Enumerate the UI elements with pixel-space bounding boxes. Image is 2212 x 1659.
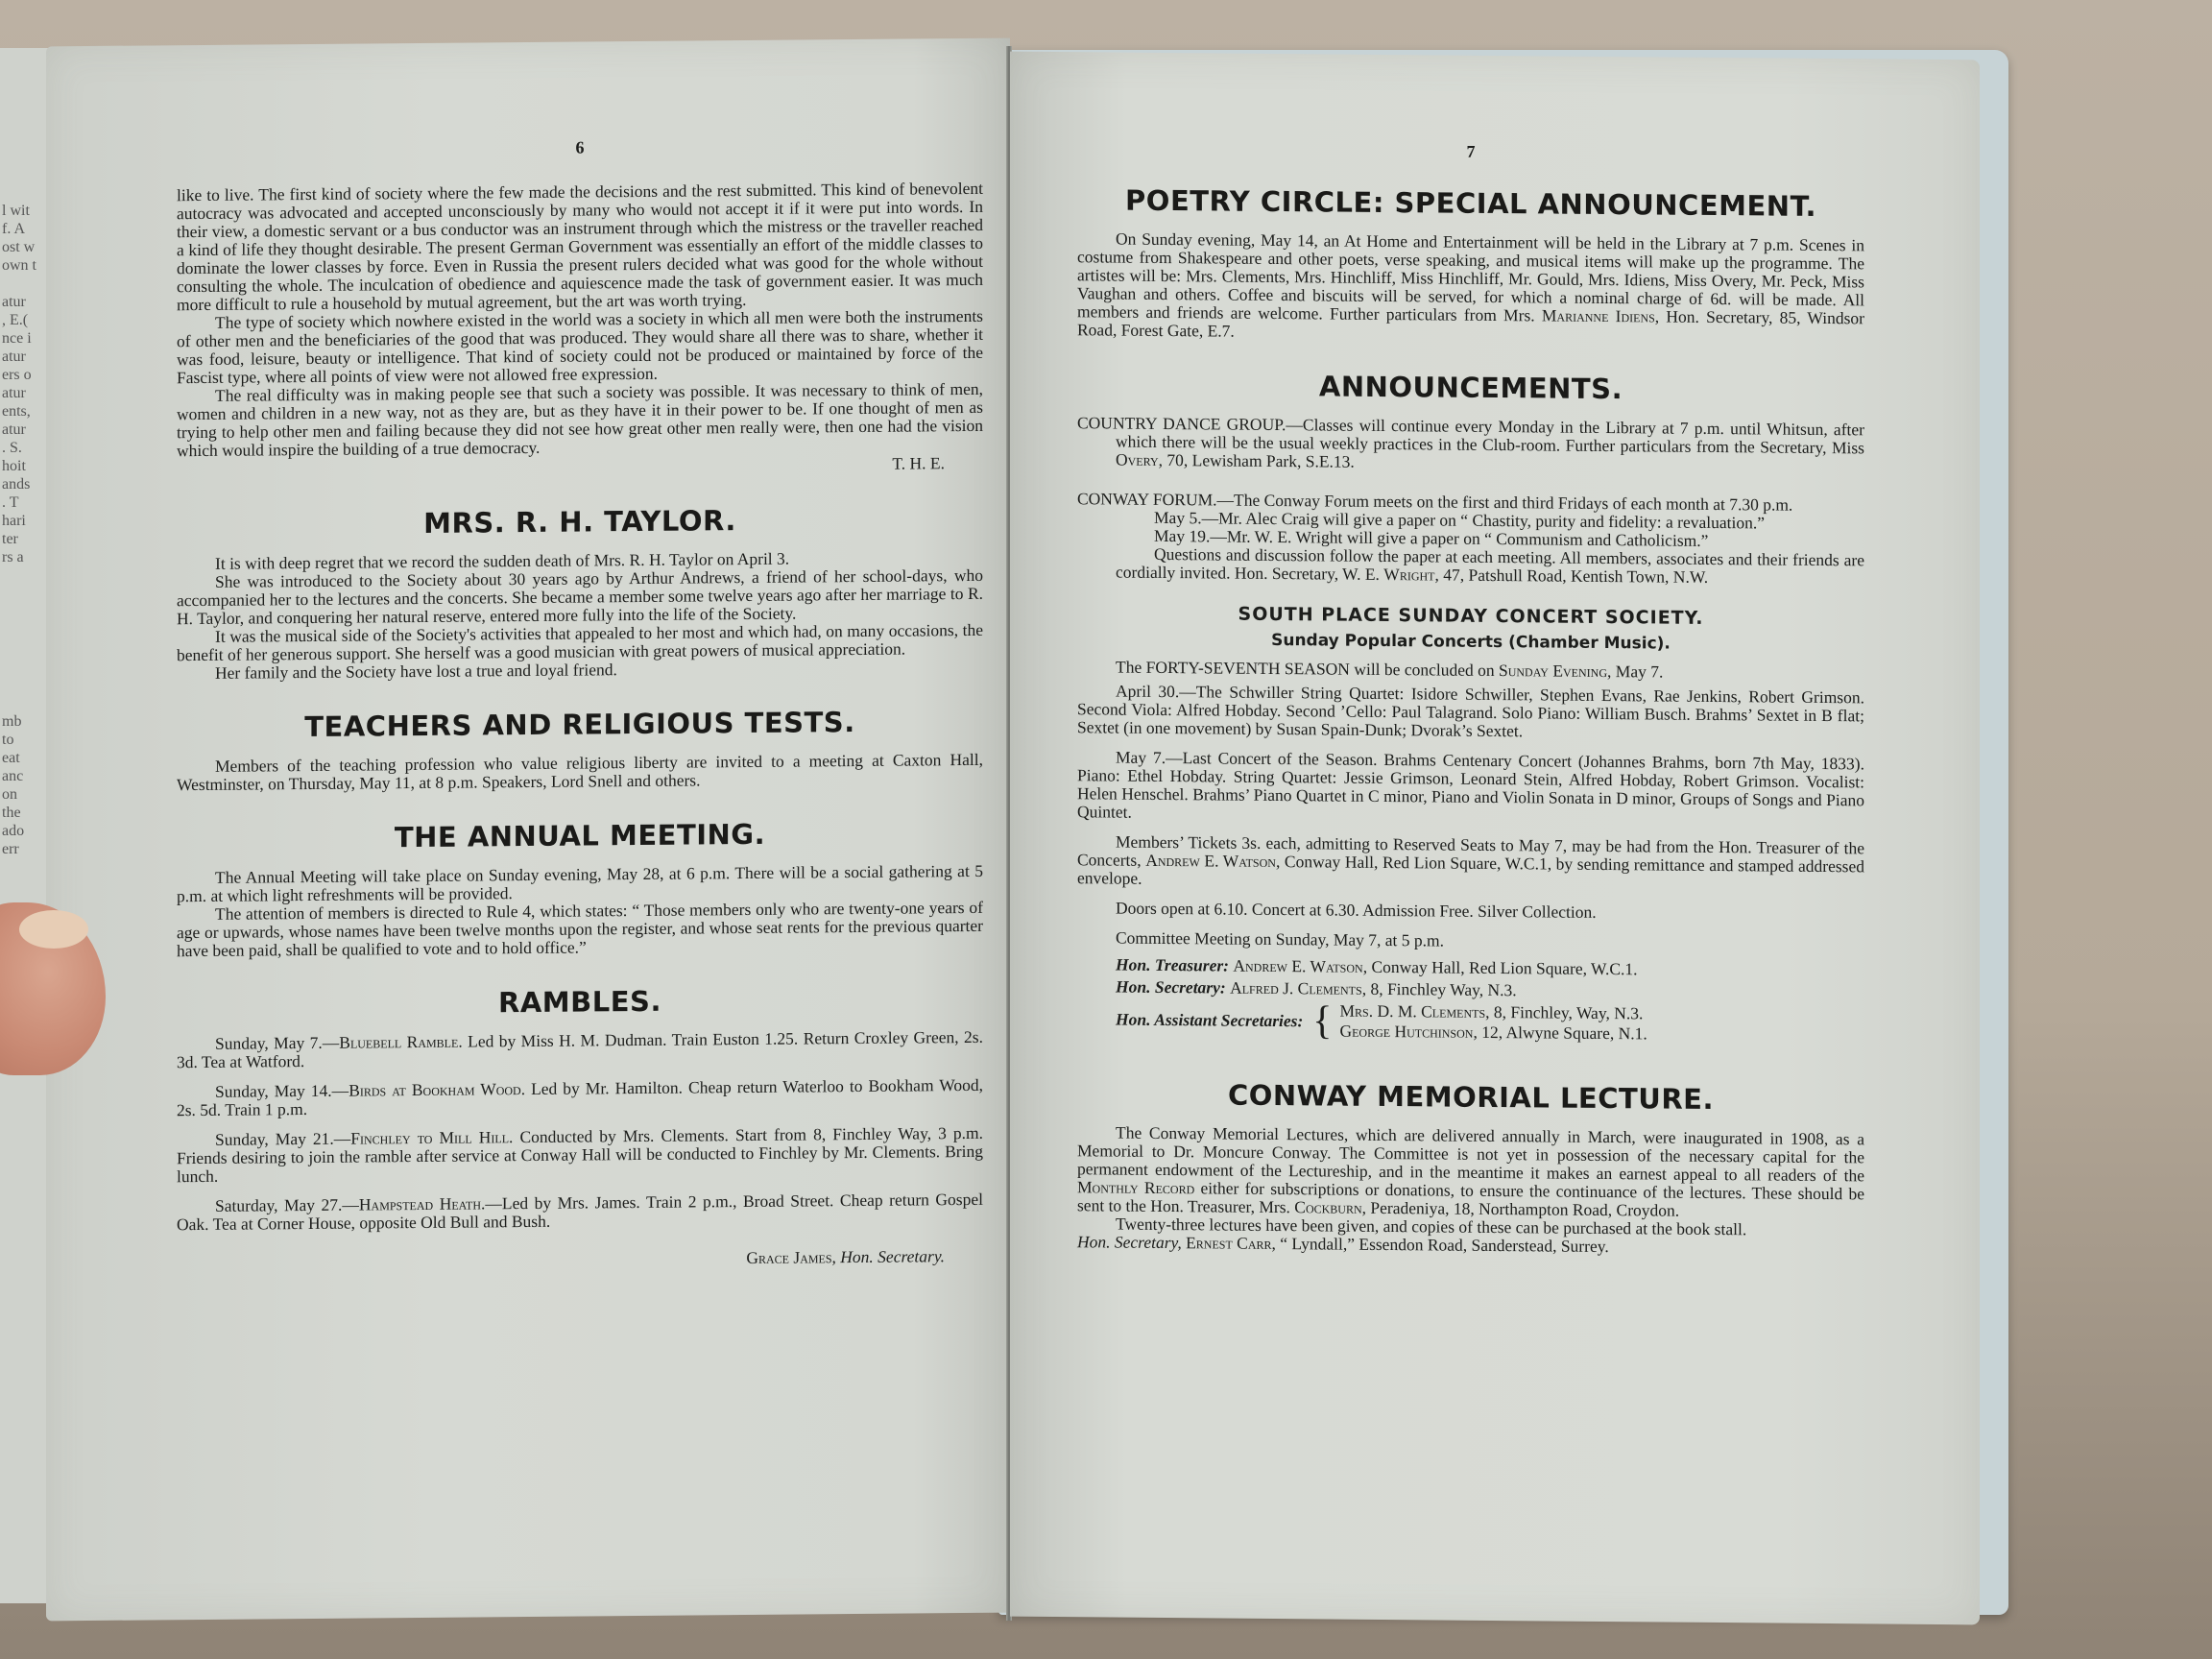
ramble-item: Sunday, May 21.—Finchley to Mill Hill. C… [177, 1124, 983, 1186]
section-poetry-circle: POETRY CIRCLE: SPECIAL ANNOUNCEMENT. On … [1077, 183, 1864, 346]
assistant-entry: George Hutchinson, 12, Alwyne Square, N.… [1339, 1022, 1647, 1045]
rambles-signature: Grace James, Hon. Secretary. [177, 1246, 983, 1273]
page-6: 6 like to live. The first kind of societ… [46, 38, 1010, 1622]
ramble-title: Birds at Bookham Wood. [349, 1079, 525, 1100]
concert-april-30: April 30.—The Schwiller String Quartet: … [1077, 682, 1864, 743]
brace-glyph: { [1312, 1001, 1332, 1040]
tickets-notice: Members’ Tickets 3s. each, admitting to … [1077, 832, 1864, 894]
ramble-date: Sunday, May 14.— [215, 1081, 349, 1101]
section-heading: ANNOUNCEMENTS. [1077, 368, 1864, 407]
section-conway-lecture: CONWAY MEMORIAL LECTURE. The Conway Memo… [1077, 1077, 1864, 1258]
paragraph: On Sunday evening, May 14, an At Home an… [1077, 229, 1864, 346]
forum-closing: Questions and discussion follow the pape… [1077, 544, 1864, 588]
ramble-item: Saturday, May 27.—Hampstead Heath.—Led b… [177, 1190, 983, 1234]
section-annual-meeting: THE ANNUAL MEETING. The Annual Meeting w… [177, 816, 983, 960]
section-heading: THE ANNUAL MEETING. [177, 816, 983, 855]
page-number: 6 [177, 134, 983, 161]
paragraph: The Conway Memorial Lectures, which are … [1077, 1123, 1864, 1221]
ramble-date: Sunday, May 21.— [215, 1129, 350, 1149]
assistant-list: Mrs. D. M. Clements, 8, Finchley, Way, N… [1339, 1001, 1647, 1045]
paragraph: The attention of members is directed to … [177, 899, 983, 960]
ramble-date: Sunday, May 7.— [215, 1033, 339, 1053]
assistant-entry: Mrs. D. M. Clements, 8, Finchley, Way, N… [1339, 1001, 1647, 1024]
section-heading: TEACHERS AND RELIGIOUS TESTS. [177, 705, 983, 744]
ramble-item: Sunday, May 14.—Birds at Bookham Wood. L… [177, 1076, 983, 1119]
paragraph: It was the musical side of the Society's… [177, 621, 983, 664]
committee-notice: Committee Meeting on Sunday, May 7, at 5… [1077, 928, 1864, 953]
concert-subheading: Sunday Popular Concerts (Chamber Music). [1077, 629, 1864, 655]
country-dance-group: COUNTRY DANCE GROUP.—Classes will contin… [1077, 414, 1864, 475]
section-taylor: MRS. R. H. TAYLOR. It is with deep regre… [177, 502, 983, 683]
section-teachers: TEACHERS AND RELIGIOUS TESTS. Members of… [177, 705, 983, 794]
concert-officers: Hon. Treasurer: Andrew E. Watson, Conway… [1077, 954, 1864, 1046]
section-rambles: RAMBLES. Sunday, May 7.—Bluebell Ramble.… [177, 982, 983, 1273]
section-heading: POETRY CIRCLE: SPECIAL ANNOUNCEMENT. [1077, 183, 1864, 223]
page-7: 7 POETRY CIRCLE: SPECIAL ANNOUNCEMENT. O… [1010, 52, 1980, 1625]
essay-paragraph: like to live. The first kind of society … [177, 180, 983, 314]
paragraph: She was introduced to the Society about … [177, 566, 983, 628]
essay-paragraph: The real difficulty was in making people… [177, 380, 983, 460]
essay-continuation: like to live. The first kind of society … [177, 180, 983, 480]
page-number: 7 [1077, 138, 1864, 165]
concert-may-7: May 7.—Last Concert of the Season. Brahm… [1077, 748, 1864, 828]
page-6-content: 6 like to live. The first kind of societ… [177, 134, 983, 1273]
page-7-content: 7 POETRY CIRCLE: SPECIAL ANNOUNCEMENT. O… [1077, 138, 1864, 1258]
section-heading: RAMBLES. [177, 982, 983, 1022]
season-notice: The FORTY-SEVENTH SEASON will be conclud… [1077, 658, 1864, 683]
section-announcements: ANNOUNCEMENTS. COUNTRY DANCE GROUP.—Clas… [1077, 368, 1864, 588]
ramble-item: Sunday, May 7.—Bluebell Ramble. Led by M… [177, 1028, 983, 1071]
section-concerts: SOUTH PLACE SUNDAY CONCERT SOCIETY. Sund… [1077, 602, 1864, 1046]
ramble-title: Hampstead Heath. [359, 1193, 485, 1214]
ramble-date: Saturday, May 27.— [215, 1195, 359, 1215]
paragraph: Members of the teaching profession who v… [177, 751, 983, 794]
concert-society-heading: SOUTH PLACE SUNDAY CONCERT SOCIETY. [1077, 602, 1864, 630]
doors-notice: Doors open at 6.10. Concert at 6.30. Adm… [1077, 899, 1864, 924]
assistant-secretaries-row: Hon. Assistant Secretaries: { Mrs. D. M.… [1116, 999, 1864, 1046]
essay-paragraph: The type of society which nowhere existe… [177, 307, 983, 387]
ramble-title: Bluebell Ramble. [339, 1032, 462, 1052]
section-heading: CONWAY MEMORIAL LECTURE. [1077, 1077, 1864, 1117]
section-heading: MRS. R. H. TAYLOR. [177, 502, 983, 541]
thumbnail [19, 910, 88, 949]
